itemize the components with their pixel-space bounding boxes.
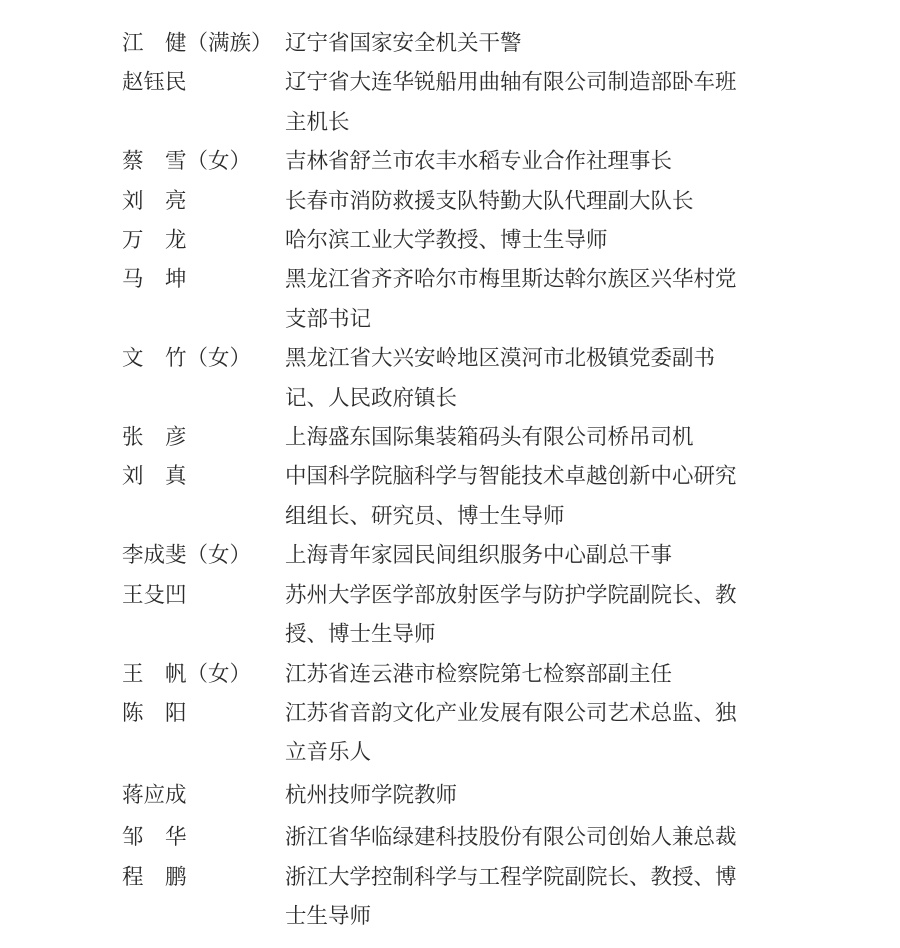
list-item: 马 坤 黑龙江省齐齐哈尔市梅里斯达斡尔族区兴华村党 支部书记	[122, 260, 782, 339]
title-line: 浙江大学控制科学与工程学院副院长、教授、博	[285, 858, 782, 897]
person-name: 蒋应成	[122, 776, 285, 815]
title-line: 江苏省音韵文化产业发展有限公司艺术总监、独	[285, 694, 782, 733]
title-line: 浙江省华临绿建科技股份有限公司创始人兼总裁	[285, 818, 782, 857]
list-item: 蔡 雪（女） 吉林省舒兰市农丰水稻专业合作社理事长	[122, 142, 782, 181]
person-name: 邹 华	[122, 818, 285, 857]
title-line: 辽宁省国家安全机关干警	[285, 24, 782, 63]
list-item: 刘 亮 长春市消防救援支队特勤大队代理副大队长	[122, 182, 782, 221]
list-item: 张 彦 上海盛东国际集装箱码头有限公司桥吊司机	[122, 418, 782, 457]
list-item: 李成斐（女） 上海青年家园民间组织服务中心副总干事	[122, 536, 782, 575]
list-item: 刘 真 中国科学院脑科学与智能技术卓越创新中心研究 组组长、研究员、博士生导师	[122, 457, 782, 536]
name-list: 江 健（满族） 辽宁省国家安全机关干警 赵钰民 辽宁省大连华锐船用曲轴有限公司制…	[122, 24, 782, 936]
person-title: 上海盛东国际集装箱码头有限公司桥吊司机	[285, 418, 782, 457]
person-title: 长春市消防救援支队特勤大队代理副大队长	[285, 182, 782, 221]
title-line: 江苏省连云港市检察院第七检察部副主任	[285, 655, 782, 694]
person-title: 浙江大学控制科学与工程学院副院长、教授、博 士生导师	[285, 858, 782, 937]
person-name: 陈 阳	[122, 694, 285, 733]
list-item: 陈 阳 江苏省音韵文化产业发展有限公司艺术总监、独 立音乐人	[122, 694, 782, 773]
title-line: 组组长、研究员、博士生导师	[285, 497, 782, 536]
list-item: 王殳凹 苏州大学医学部放射医学与防护学院副院长、教 授、博士生导师	[122, 576, 782, 655]
title-line: 主机长	[285, 103, 782, 142]
person-name: 江 健（满族）	[122, 24, 285, 63]
person-name: 赵钰民	[122, 63, 285, 102]
person-title: 中国科学院脑科学与智能技术卓越创新中心研究 组组长、研究员、博士生导师	[285, 457, 782, 536]
person-title: 上海青年家园民间组织服务中心副总干事	[285, 536, 782, 575]
title-line: 黑龙江省大兴安岭地区漠河市北极镇党委副书	[285, 339, 782, 378]
title-line: 苏州大学医学部放射医学与防护学院副院长、教	[285, 576, 782, 615]
person-title: 江苏省连云港市检察院第七检察部副主任	[285, 655, 782, 694]
list-item: 邹 华 浙江省华临绿建科技股份有限公司创始人兼总裁	[122, 818, 782, 857]
person-title: 苏州大学医学部放射医学与防护学院副院长、教 授、博士生导师	[285, 576, 782, 655]
title-line: 支部书记	[285, 300, 782, 339]
person-name: 万 龙	[122, 221, 285, 260]
title-line: 哈尔滨工业大学教授、博士生导师	[285, 221, 782, 260]
list-item: 万 龙 哈尔滨工业大学教授、博士生导师	[122, 221, 782, 260]
person-name: 文 竹（女）	[122, 339, 285, 378]
person-name: 张 彦	[122, 418, 285, 457]
title-line: 记、人民政府镇长	[285, 379, 782, 418]
title-line: 中国科学院脑科学与智能技术卓越创新中心研究	[285, 457, 782, 496]
person-name: 程 鹏	[122, 858, 285, 897]
person-title: 江苏省音韵文化产业发展有限公司艺术总监、独 立音乐人	[285, 694, 782, 773]
person-title: 杭州技师学院教师	[285, 776, 782, 815]
title-line: 黑龙江省齐齐哈尔市梅里斯达斡尔族区兴华村党	[285, 260, 782, 299]
title-line: 授、博士生导师	[285, 615, 782, 654]
title-line: 杭州技师学院教师	[285, 776, 782, 815]
list-item: 文 竹（女） 黑龙江省大兴安岭地区漠河市北极镇党委副书 记、人民政府镇长	[122, 339, 782, 418]
person-name: 王殳凹	[122, 576, 285, 615]
person-title: 辽宁省大连华锐船用曲轴有限公司制造部卧车班 主机长	[285, 63, 782, 142]
person-title: 黑龙江省大兴安岭地区漠河市北极镇党委副书 记、人民政府镇长	[285, 339, 782, 418]
title-line: 士生导师	[285, 897, 782, 936]
person-name: 蔡 雪（女）	[122, 142, 285, 181]
title-line: 长春市消防救援支队特勤大队代理副大队长	[285, 182, 782, 221]
list-item: 王 帆（女） 江苏省连云港市检察院第七检察部副主任	[122, 655, 782, 694]
title-line: 立音乐人	[285, 733, 782, 772]
title-line: 吉林省舒兰市农丰水稻专业合作社理事长	[285, 142, 782, 181]
person-title: 哈尔滨工业大学教授、博士生导师	[285, 221, 782, 260]
title-line: 辽宁省大连华锐船用曲轴有限公司制造部卧车班	[285, 63, 782, 102]
person-name: 刘 亮	[122, 182, 285, 221]
person-title: 黑龙江省齐齐哈尔市梅里斯达斡尔族区兴华村党 支部书记	[285, 260, 782, 339]
person-title: 辽宁省国家安全机关干警	[285, 24, 782, 63]
title-line: 上海青年家园民间组织服务中心副总干事	[285, 536, 782, 575]
person-name: 王 帆（女）	[122, 655, 285, 694]
list-item: 江 健（满族） 辽宁省国家安全机关干警	[122, 24, 782, 63]
person-title: 吉林省舒兰市农丰水稻专业合作社理事长	[285, 142, 782, 181]
list-item: 赵钰民 辽宁省大连华锐船用曲轴有限公司制造部卧车班 主机长	[122, 63, 782, 142]
title-line: 上海盛东国际集装箱码头有限公司桥吊司机	[285, 418, 782, 457]
person-title: 浙江省华临绿建科技股份有限公司创始人兼总裁	[285, 818, 782, 857]
person-name: 李成斐（女）	[122, 536, 285, 575]
list-item: 程 鹏 浙江大学控制科学与工程学院副院长、教授、博 士生导师	[122, 858, 782, 937]
list-item: 蒋应成 杭州技师学院教师	[122, 776, 782, 815]
person-name: 刘 真	[122, 457, 285, 496]
person-name: 马 坤	[122, 260, 285, 299]
